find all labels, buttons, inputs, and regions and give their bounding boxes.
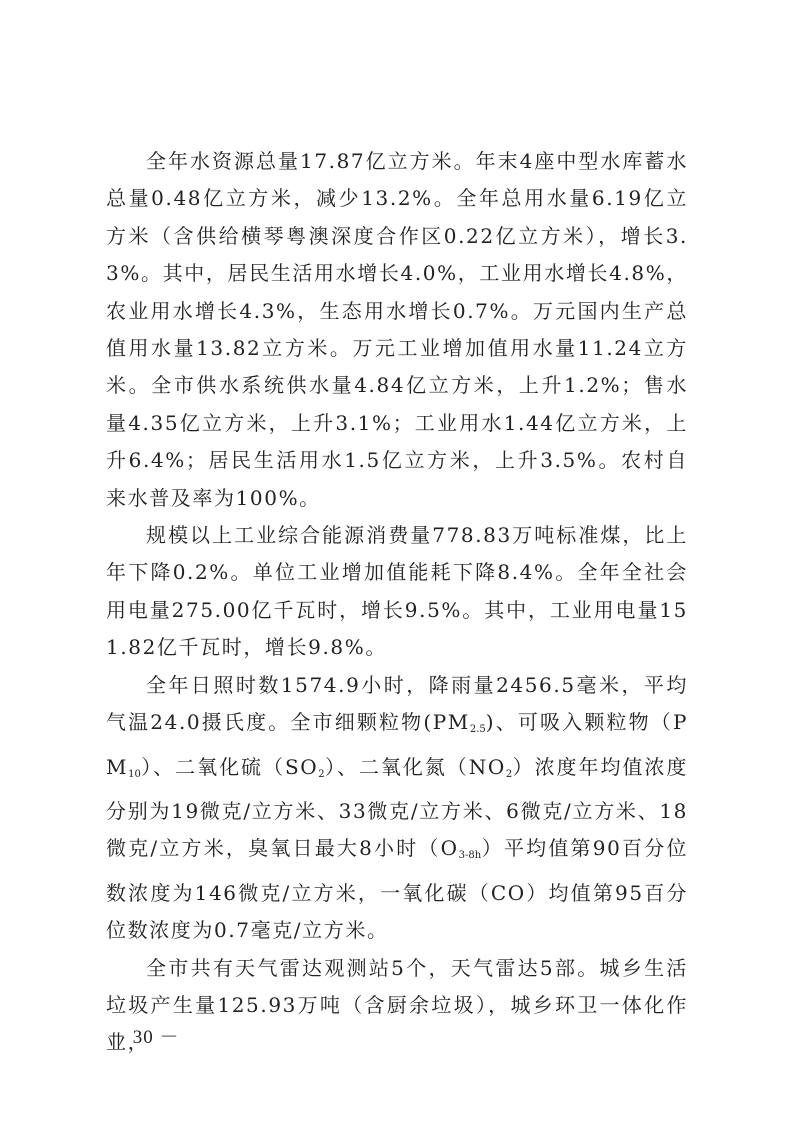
pm25-subscript: 2.5 [470, 724, 486, 735]
paragraph-climate-air-quality: 全年日照时数1574.9小时，降雨量2456.5毫米，平均气温24.0摄氏度。全… [106, 667, 688, 950]
o3-subscript: 3-8h [459, 850, 482, 861]
paragraph-weather-radar-waste: 全市共有天气雷达观测站5个，天气雷达5部。城乡生活垃圾产生量125.93万吨（含… [106, 950, 688, 1062]
paragraph-water-resources: 全年水资源总量17.87亿立方米。年末4座中型水库蓄水总量0.48亿立方米，减少… [106, 143, 688, 517]
page-number: － 30 － [107, 1022, 180, 1049]
climate-text-4: ）、二氧化氮（NO [325, 755, 506, 779]
document-page: 全年水资源总量17.87亿立方米。年末4座中型水库蓄水总量0.48亿立方米，减少… [0, 0, 794, 1123]
pm10-subscript: 10 [128, 769, 141, 780]
body-text: 全年水资源总量17.87亿立方米。年末4座中型水库蓄水总量0.48亿立方米，减少… [106, 143, 688, 1062]
climate-text-3: ）、二氧化硫（SO [141, 755, 318, 779]
paragraph-energy-consumption: 规模以上工业综合能源消费量778.83万吨标准煤，比上年下降0.2%。单位工业增… [106, 517, 688, 667]
